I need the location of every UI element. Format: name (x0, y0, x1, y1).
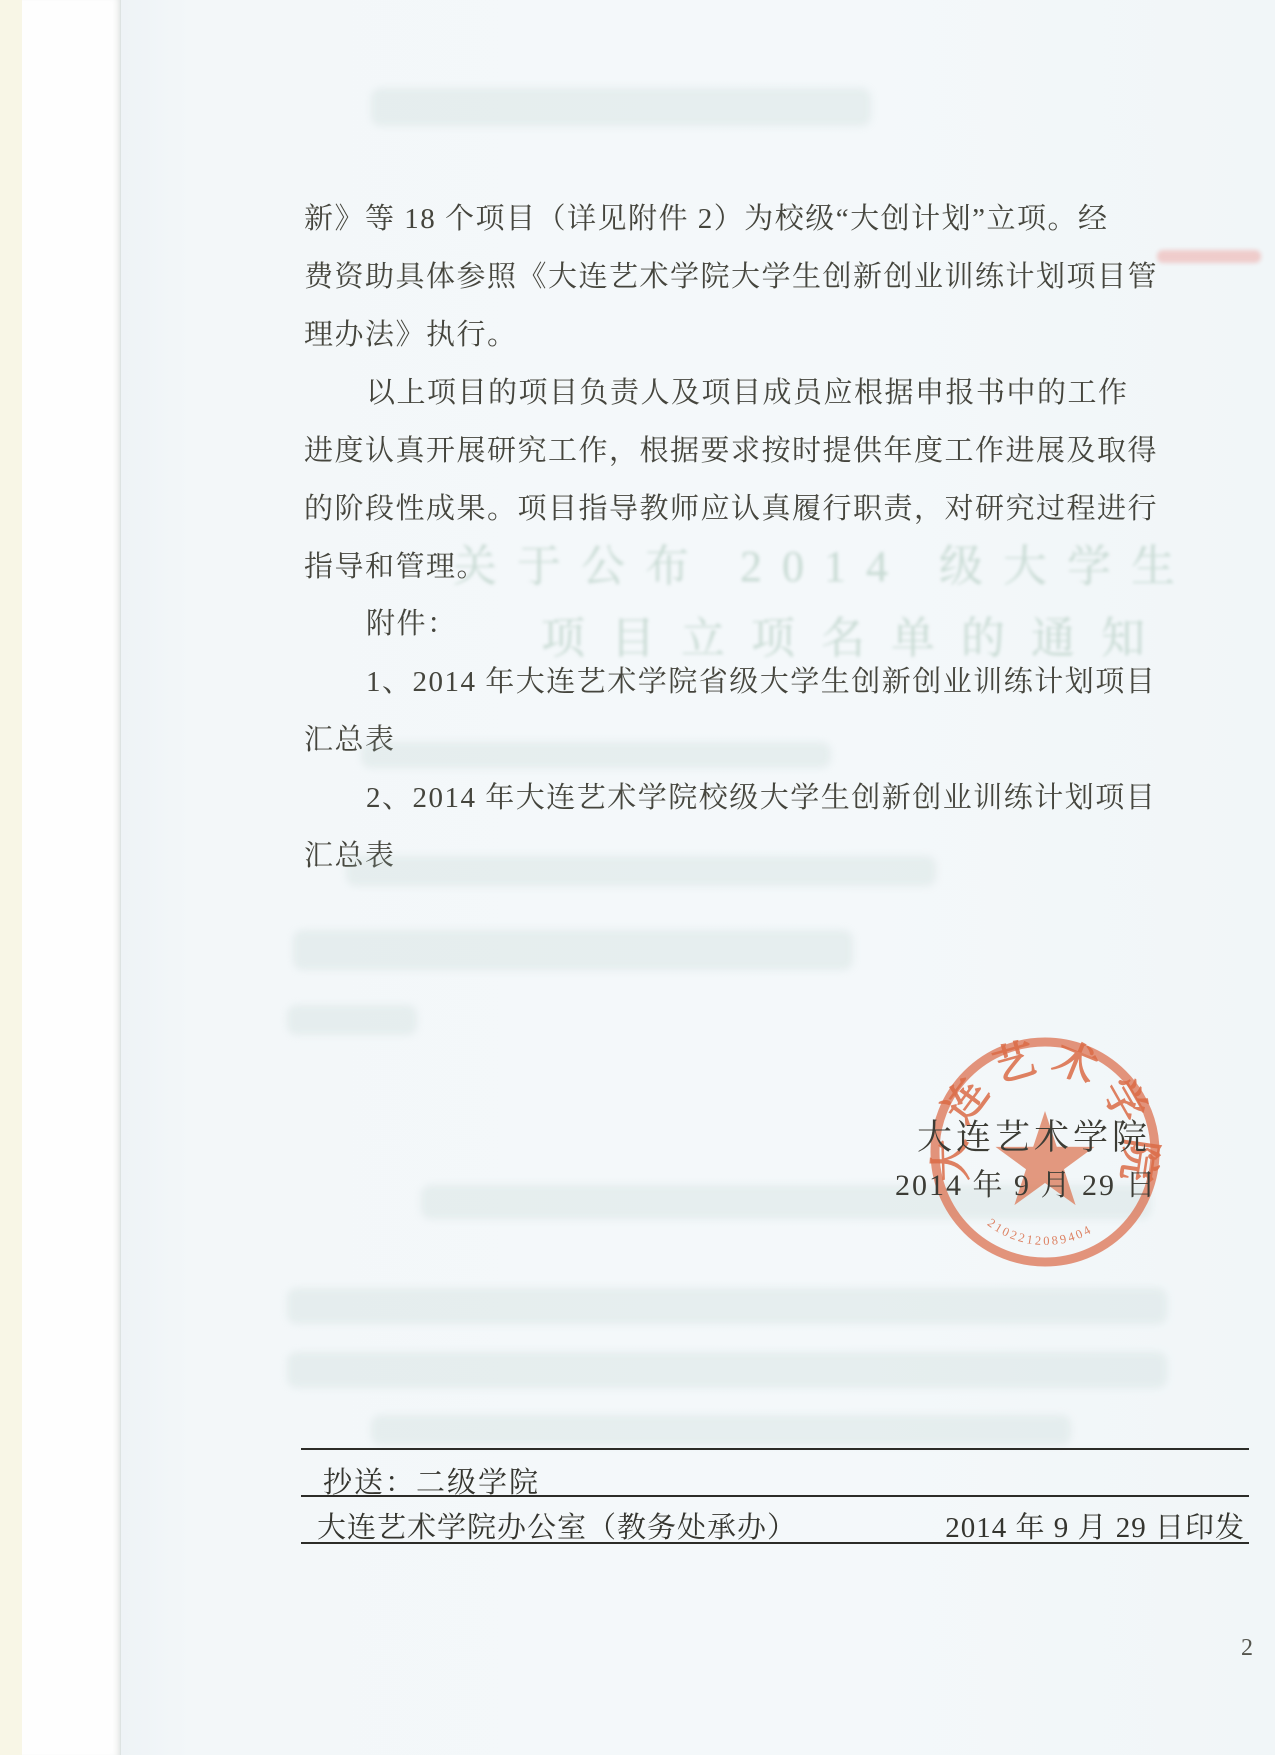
body-line: 的阶段性成果。项目指导教师应认真履行职责，对研究过程进行 (304, 486, 1204, 526)
ghost-smudge (287, 1005, 417, 1035)
body-line: 新》等 18 个项目（详见附件 2）为校级“大创计划”立项。经 (304, 196, 1204, 236)
body-line: 费资助具体参照《大连艺术学院大学生创新创业训练计划项目管 (304, 254, 1204, 294)
footer-rule-top (301, 1448, 1249, 1450)
body-line: 以上项目的项目负责人及项目成员应根据申报书中的工作 (366, 370, 1266, 410)
ghost-smudge (287, 1288, 1167, 1324)
body-line: 进度认真开展研究工作，根据要求按时提供年度工作进展及取得 (304, 428, 1204, 468)
signature-date: 2014 年 9 月 29 日 (895, 1160, 1158, 1204)
attachment-item-2: 2、2014 年大连艺术学院校级大学生创新创业训练计划项目 (366, 775, 1266, 815)
pink-ink-smudge (1157, 250, 1261, 263)
svg-text:2102212089404: 2102212089404 (985, 1216, 1095, 1248)
signature-organization: 大连艺术学院 (917, 1110, 1151, 1160)
scanner-edge-white (22, 0, 120, 1755)
footer-rule-bottom (301, 1542, 1249, 1544)
scanner-edge-cream (0, 0, 22, 1755)
ghost-smudge (293, 930, 853, 970)
seal-number: 2102212089404 (985, 1216, 1095, 1248)
ghost-smudge (361, 742, 831, 768)
ghost-text-line: 项目立项名单的通知 (541, 602, 1171, 666)
ghost-smudge (346, 856, 936, 886)
footer-issuer: 大连艺术学院办公室（教务处承办） (317, 1505, 797, 1546)
ghost-smudge (371, 1415, 1071, 1445)
ghost-smudge (371, 88, 871, 126)
footer-print-date: 2014 年 9 月 29 日印发 (945, 1505, 1245, 1546)
page-number: 2 (1241, 1635, 1253, 1662)
body-line: 理办法》执行。 (304, 312, 1204, 352)
ghost-text-line: 关于公布 2014 级大学生 (453, 530, 1195, 594)
scanned-document-page: 关于公布 2014 级大学生 项目立项名单的通知 新》等 18 个项目（详见附件… (120, 0, 1275, 1755)
footer-rule-middle (301, 1495, 1249, 1497)
ghost-smudge (287, 1352, 1167, 1388)
